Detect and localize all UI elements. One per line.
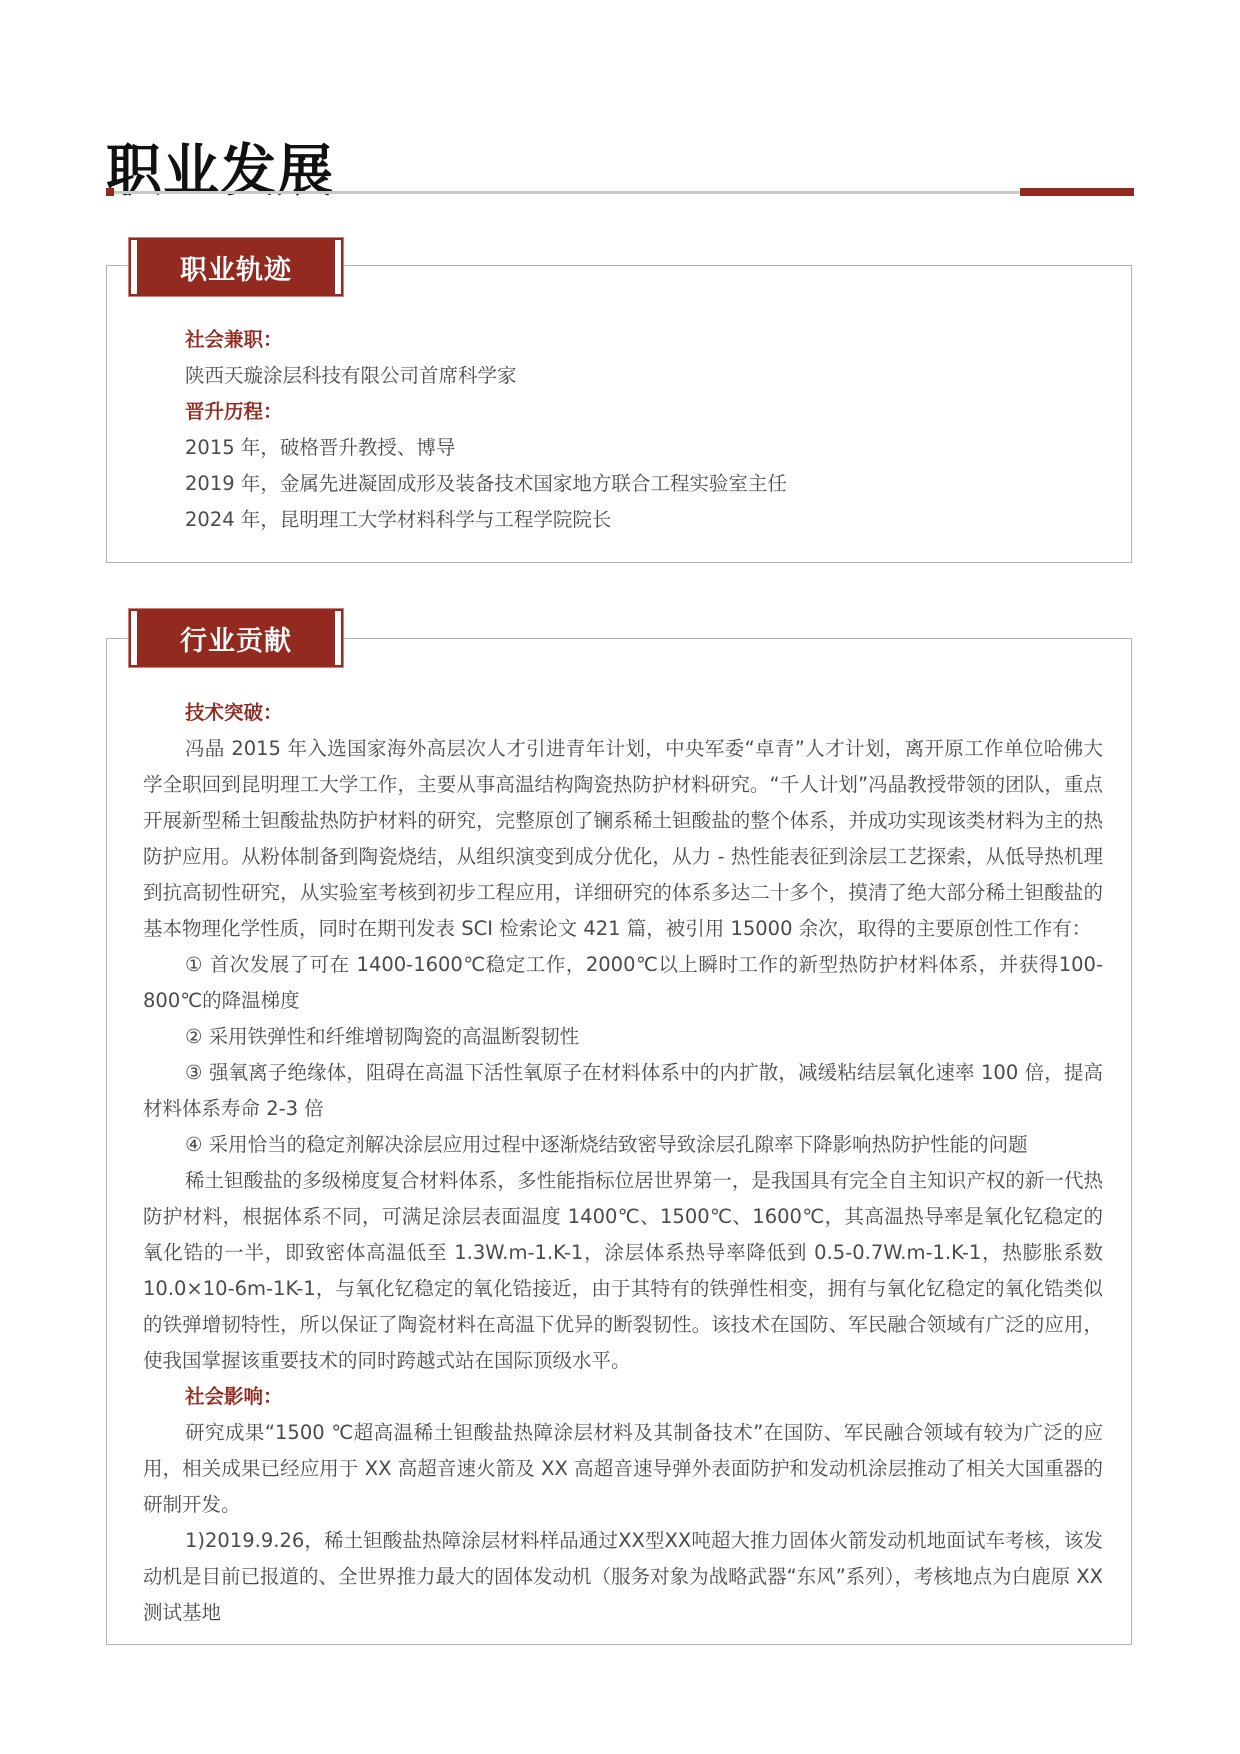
social-impact-paragraph: 1)2019.9.26，稀土钽酸盐热障涂层材料样品通过XX型XX吨超大推力固体火…: [143, 1523, 1103, 1631]
tech-breakthrough-heading: 技术突破：: [143, 695, 1103, 731]
promotion-item: 2024 年，昆明理工大学材料科学与工程学院院长: [185, 502, 1145, 538]
industry-contribution-title: 行业贡献: [129, 609, 343, 667]
tech-intro-paragraph: 冯晶 2015 年入选国家海外高层次人才引进青年计划，中央军委“卓青”人才计划，…: [143, 731, 1103, 947]
tech-point: ③ 强氧离子绝缘体，阻碍在高温下活性氧原子在材料体系中的内扩散，减缓粘结层氧化速…: [143, 1055, 1103, 1127]
career-track-tab: 职业轨迹: [128, 237, 344, 297]
divider-right-bar: [1020, 188, 1134, 196]
divider-line: [114, 191, 1022, 194]
tech-point: ④ 采用恰当的稳定剂解决涂层应用过程中逐渐烧结致密导致涂层孔隙率下降影响热防护性…: [143, 1127, 1103, 1163]
social-impact-paragraph: 研究成果“1500 ℃超高温稀土钽酸盐热障涂层材料及其制备技术”在国防、军民融合…: [143, 1415, 1103, 1523]
career-track-content: 社会兼职： 陕西天璇涂层科技有限公司首席科学家 晋升历程： 2015 年，破格晋…: [185, 322, 1145, 538]
career-track-title: 职业轨迹: [129, 238, 343, 296]
page-title: 职业发展: [106, 134, 334, 210]
title-divider: [106, 188, 1134, 196]
promotion-item: 2015 年，破格晋升教授、博导: [185, 430, 1145, 466]
tech-point: ② 采用铁弹性和纤维增韧陶瓷的高温断裂韧性: [143, 1019, 1103, 1055]
promotion-heading: 晋升历程：: [185, 394, 1145, 430]
part-time-item: 陕西天璇涂层科技有限公司首席科学家: [185, 358, 1145, 394]
divider-left-marker: [106, 188, 114, 196]
tech-point: ① 首次发展了可在 1400-1600℃稳定工作，2000℃以上瞬时工作的新型热…: [143, 947, 1103, 1019]
social-impact-heading: 社会影响：: [143, 1379, 1103, 1415]
industry-contribution-tab: 行业贡献: [128, 608, 344, 668]
promotion-item: 2019 年，金属先进凝固成形及装备技术国家地方联合工程实验室主任: [185, 466, 1145, 502]
tech-summary-paragraph: 稀土钽酸盐的多级梯度复合材料体系，多性能指标位居世界第一，是我国具有完全自主知识…: [143, 1163, 1103, 1379]
industry-contribution-content: 技术突破： 冯晶 2015 年入选国家海外高层次人才引进青年计划，中央军委“卓青…: [143, 695, 1103, 1631]
part-time-heading: 社会兼职：: [185, 322, 1145, 358]
